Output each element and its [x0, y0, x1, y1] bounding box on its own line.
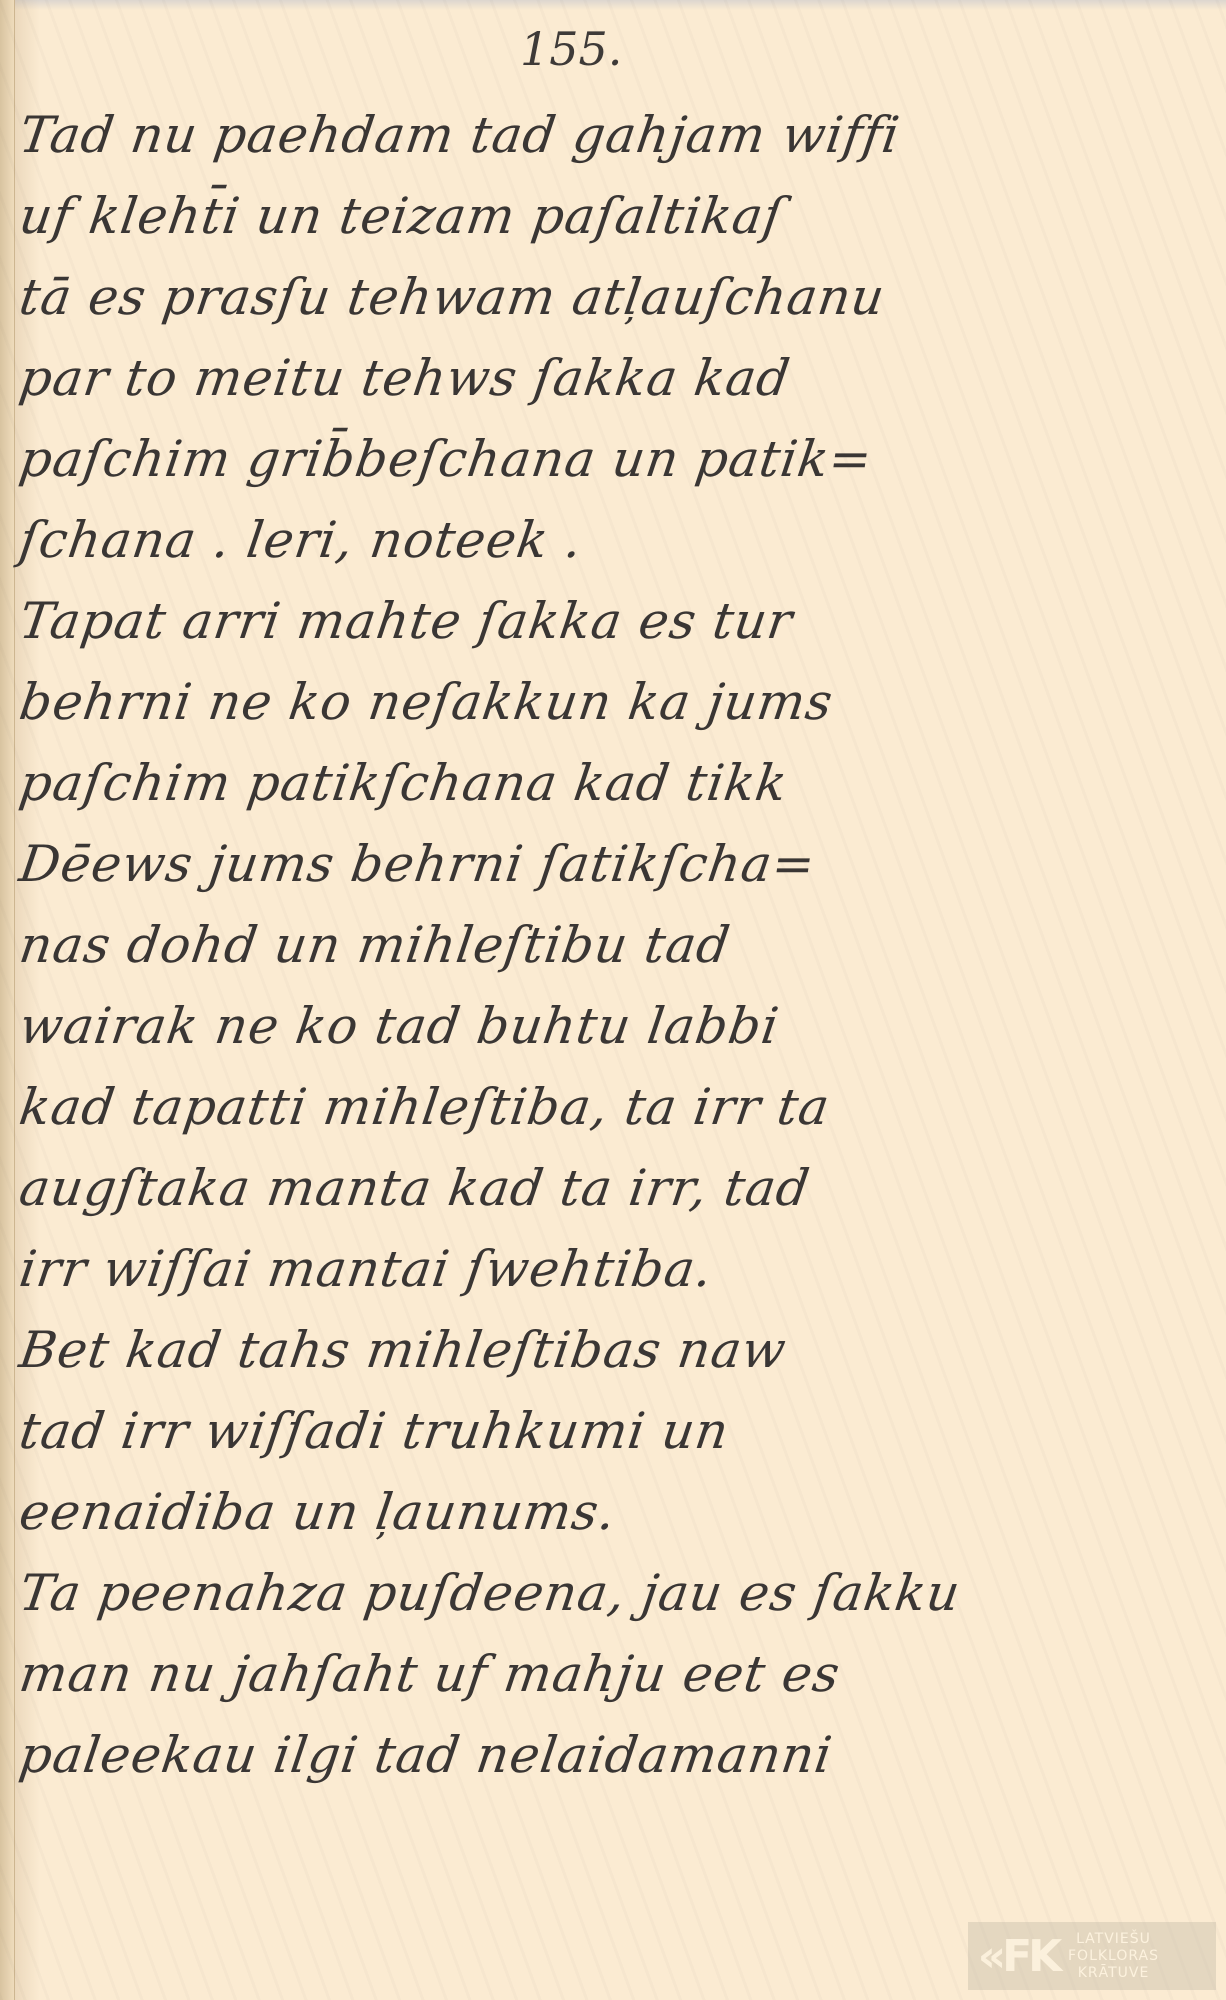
manuscript-page: 155. Tad nu paehdam tad gahjam wiffi uf …	[0, 0, 1226, 2000]
text-line: kad tapatti mihleſtiba, ta irr ta	[14, 1067, 1205, 1148]
page-number: 155.	[520, 22, 622, 76]
text-line: paſchim grib̄beſchana un patik=	[14, 419, 1205, 500]
text-line: Ta peenahza puſdeena, jau es ſakku	[14, 1553, 1205, 1634]
archive-name-line: FOLKLORAS	[1068, 1948, 1159, 1965]
text-line: irr wiſſai mantai ſwehtiba.	[14, 1229, 1205, 1310]
handwritten-text-block: Tad nu paehdam tad gahjam wiffi uf kleht…	[20, 95, 1200, 1796]
text-line: augſtaka manta kad ta irr, tad	[14, 1148, 1205, 1229]
text-line: behrni ne ko neſakkun ka jums	[14, 662, 1205, 743]
archive-name-line: LATVIEŠU	[1068, 1931, 1159, 1948]
text-line: nas dohd un mihleſtibu tad	[14, 905, 1205, 986]
text-line: Tad nu paehdam tad gahjam wiffi	[14, 95, 1205, 176]
text-line: tad irr wiſſadi truhkumi un	[14, 1391, 1205, 1472]
text-line: paleekau ilgi tad nelaidamanni	[14, 1715, 1205, 1796]
text-line: Dēews jums behrni ſatikſcha=	[14, 824, 1205, 905]
text-line: Tapat arri mahte ſakka es tur	[14, 581, 1205, 662]
text-line: par to meitu tehws ſakka kad	[14, 338, 1205, 419]
text-line: man nu jahſaht uf mahju eet es	[14, 1634, 1205, 1715]
text-line: uf kleht̄i un teizam paſaltikaſ	[14, 176, 1205, 257]
text-line: ſchana . leri, noteek .	[14, 500, 1205, 581]
text-line: eenaidiba un ļaunums.	[14, 1472, 1205, 1553]
archive-name-line: KRĀTUVE	[1068, 1965, 1159, 1982]
archive-name: LATVIEŠU FOLKLORAS KRĀTUVE	[1068, 1931, 1159, 1982]
text-line: Bet kad tahs mihleſtibas naw	[14, 1310, 1205, 1391]
binding-edge	[0, 0, 15, 2000]
archive-logo-icon: «FK	[968, 1922, 1068, 1990]
text-line: paſchim patikſchana kad tikk	[14, 743, 1205, 824]
text-line: wairak ne ko tad buhtu labbi	[14, 986, 1205, 1067]
text-line: tā es prasſu tehwam atļauſchanu	[14, 257, 1205, 338]
archive-watermark: «FK LATVIEŠU FOLKLORAS KRĀTUVE	[968, 1922, 1216, 1990]
